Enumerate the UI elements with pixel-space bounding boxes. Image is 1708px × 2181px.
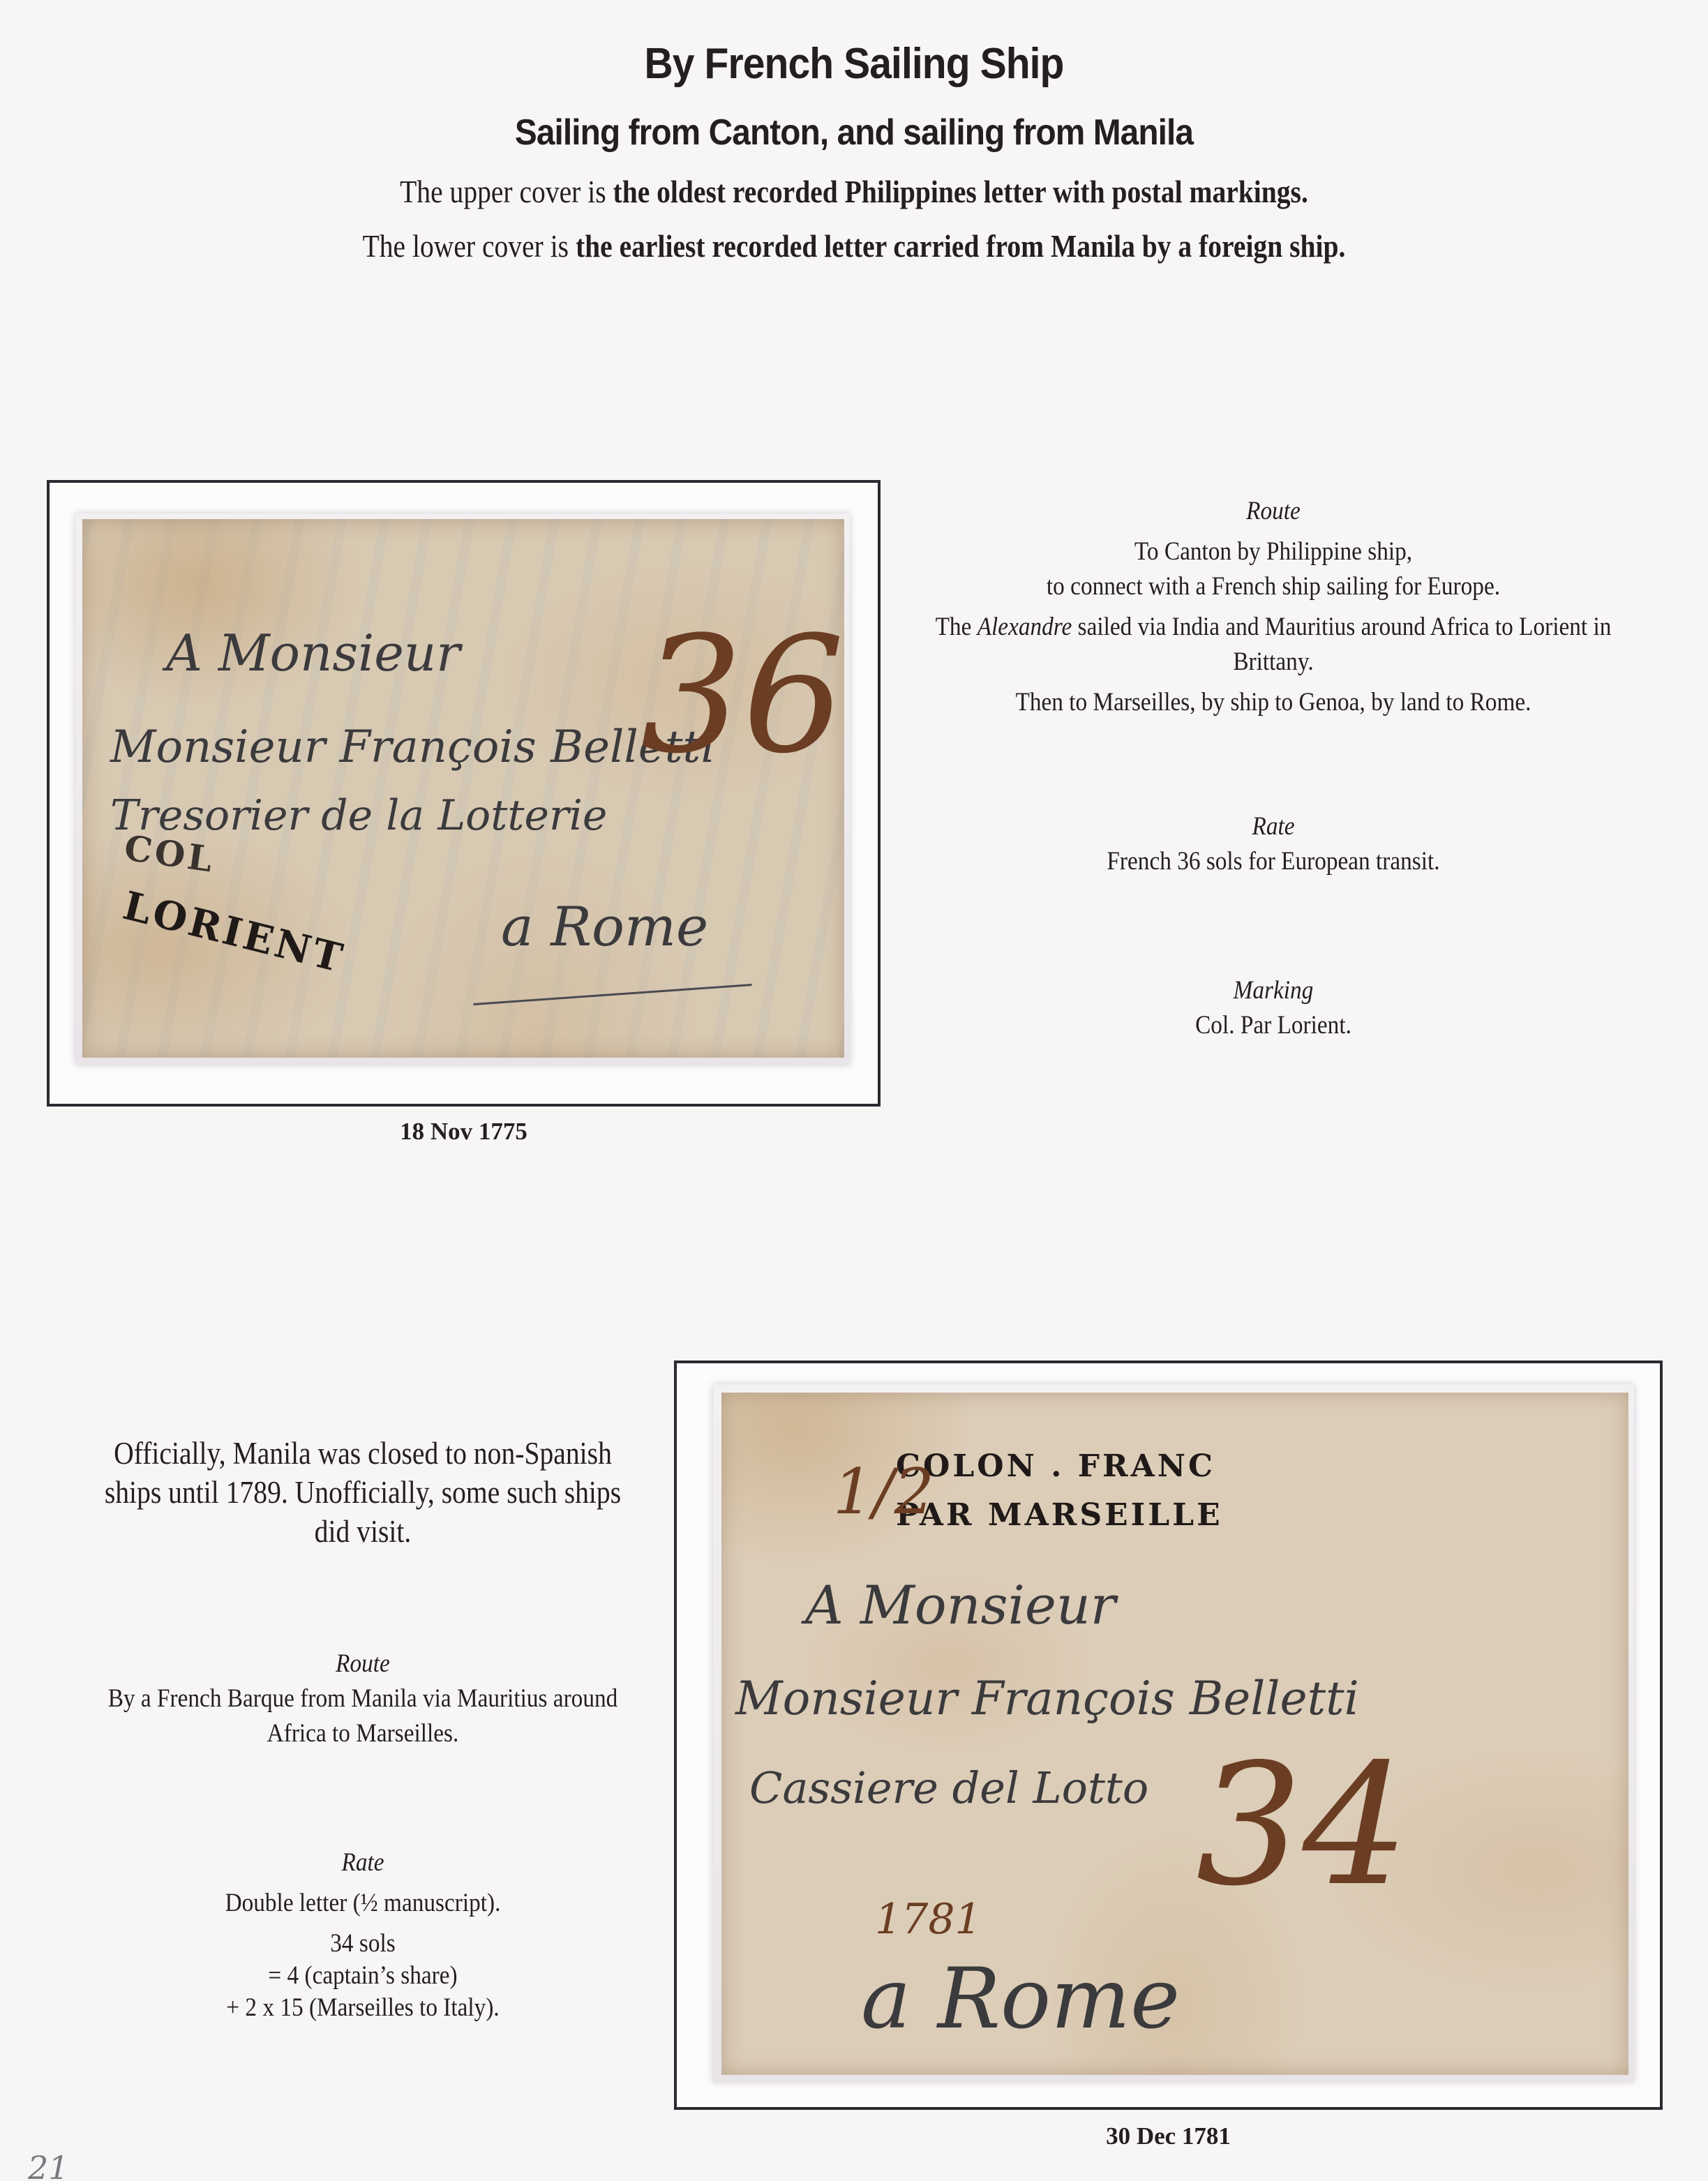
lower-note: Officially, Manila was closed to non-Spa… <box>93 1434 633 1551</box>
handstamp-line: LORIENT <box>119 883 350 982</box>
page-title: By French Sailing Ship <box>68 39 1640 89</box>
rate-line: + 2 x 15 (Marseilles to Italy). <box>87 1992 639 2024</box>
intro-prefix: The upper cover is <box>400 174 613 209</box>
page-subtitle: Sailing from Canton, and sailing from Ma… <box>68 112 1640 153</box>
upper-route-section: Route To Canton by Philippine ship, to c… <box>919 494 1628 726</box>
manuscript-rate: 34 <box>1196 1727 1409 1923</box>
intro-line-upper: The upper cover is the oldest recorded P… <box>119 173 1588 210</box>
route-heading: Route <box>919 494 1628 529</box>
text: sailed via India and Mauritius around Af… <box>1072 613 1611 676</box>
text: The <box>936 613 977 641</box>
rate-text: French 36 sols for European transit. <box>944 844 1603 879</box>
ship-name: Alexandre <box>977 613 1072 641</box>
address-line: A Monsieur <box>805 1574 1116 1636</box>
handstamp-line: COLON . FRANC <box>896 1448 1215 1484</box>
address-line: Monsieur François Belletti <box>110 721 715 773</box>
route-ship-line: The Alexandre sailed via India and Mauri… <box>919 610 1628 680</box>
route-line: to connect with a French ship sailing fo… <box>919 569 1628 604</box>
address-underline <box>473 984 751 1005</box>
upper-marking-section: Marking Col. Par Lorient. <box>944 973 1603 1043</box>
address-line: Monsieur François Belletti <box>735 1672 1359 1725</box>
rate-line: = 4 (captain’s share) <box>87 1960 639 1992</box>
route-line: To Canton by Philippine ship, <box>919 534 1628 569</box>
address-line: Cassiere del Lotto <box>749 1762 1148 1813</box>
upper-rate-section: Rate French 36 sols for European transit… <box>944 809 1603 879</box>
address-line: A Monsieur <box>166 624 460 682</box>
route-final: Then to Marseilles, by ship to Genoa, by… <box>919 685 1628 720</box>
marking-text: Col. Par Lorient. <box>944 1008 1603 1043</box>
manuscript-fraction: 1/2 <box>833 1455 934 1529</box>
lower-cover-image: COLON . FRANC PAR MARSEILLE 1/2 A Monsie… <box>721 1393 1628 2075</box>
lower-route-section: Route By a French Barque from Manila via… <box>87 1647 639 1751</box>
address-line: Tresorier de la Lotterie <box>110 791 607 840</box>
manuscript-year: 1781 <box>875 1895 982 1944</box>
address-line: a Rome <box>861 1951 1180 2048</box>
intro-emphasis: the earliest recorded letter carried fro… <box>576 228 1345 264</box>
marking-heading: Marking <box>944 973 1603 1008</box>
rate-heading: Rate <box>87 1845 639 1880</box>
intro-emphasis: the oldest recorded Philippines letter w… <box>613 174 1308 209</box>
route-text: By a French Barque from Manila via Mauri… <box>87 1681 639 1751</box>
handstamp-line: PAR MARSEILLE <box>896 1497 1223 1533</box>
address-line: a Rome <box>501 896 708 959</box>
intro-prefix: The lower cover is <box>363 228 576 264</box>
page-number: 21 <box>28 2149 69 2181</box>
rate-heading: Rate <box>944 809 1603 844</box>
upper-cover-date: 18 Nov 1775 <box>47 1118 881 1146</box>
rate-line: 34 sols <box>87 1928 639 1960</box>
rate-line: Double letter (½ manuscript). <box>87 1886 639 1921</box>
intro-line-lower: The lower cover is the earliest recorded… <box>119 227 1588 264</box>
route-heading: Route <box>87 1647 639 1681</box>
manuscript-rate: 36 <box>640 603 844 789</box>
lower-cover-date: 30 Dec 1781 <box>674 2122 1663 2150</box>
upper-cover-image: A Monsieur Monsieur François Belletti Tr… <box>82 519 844 1058</box>
lower-rate-section: Rate Double letter (½ manuscript). 34 so… <box>87 1845 639 2024</box>
